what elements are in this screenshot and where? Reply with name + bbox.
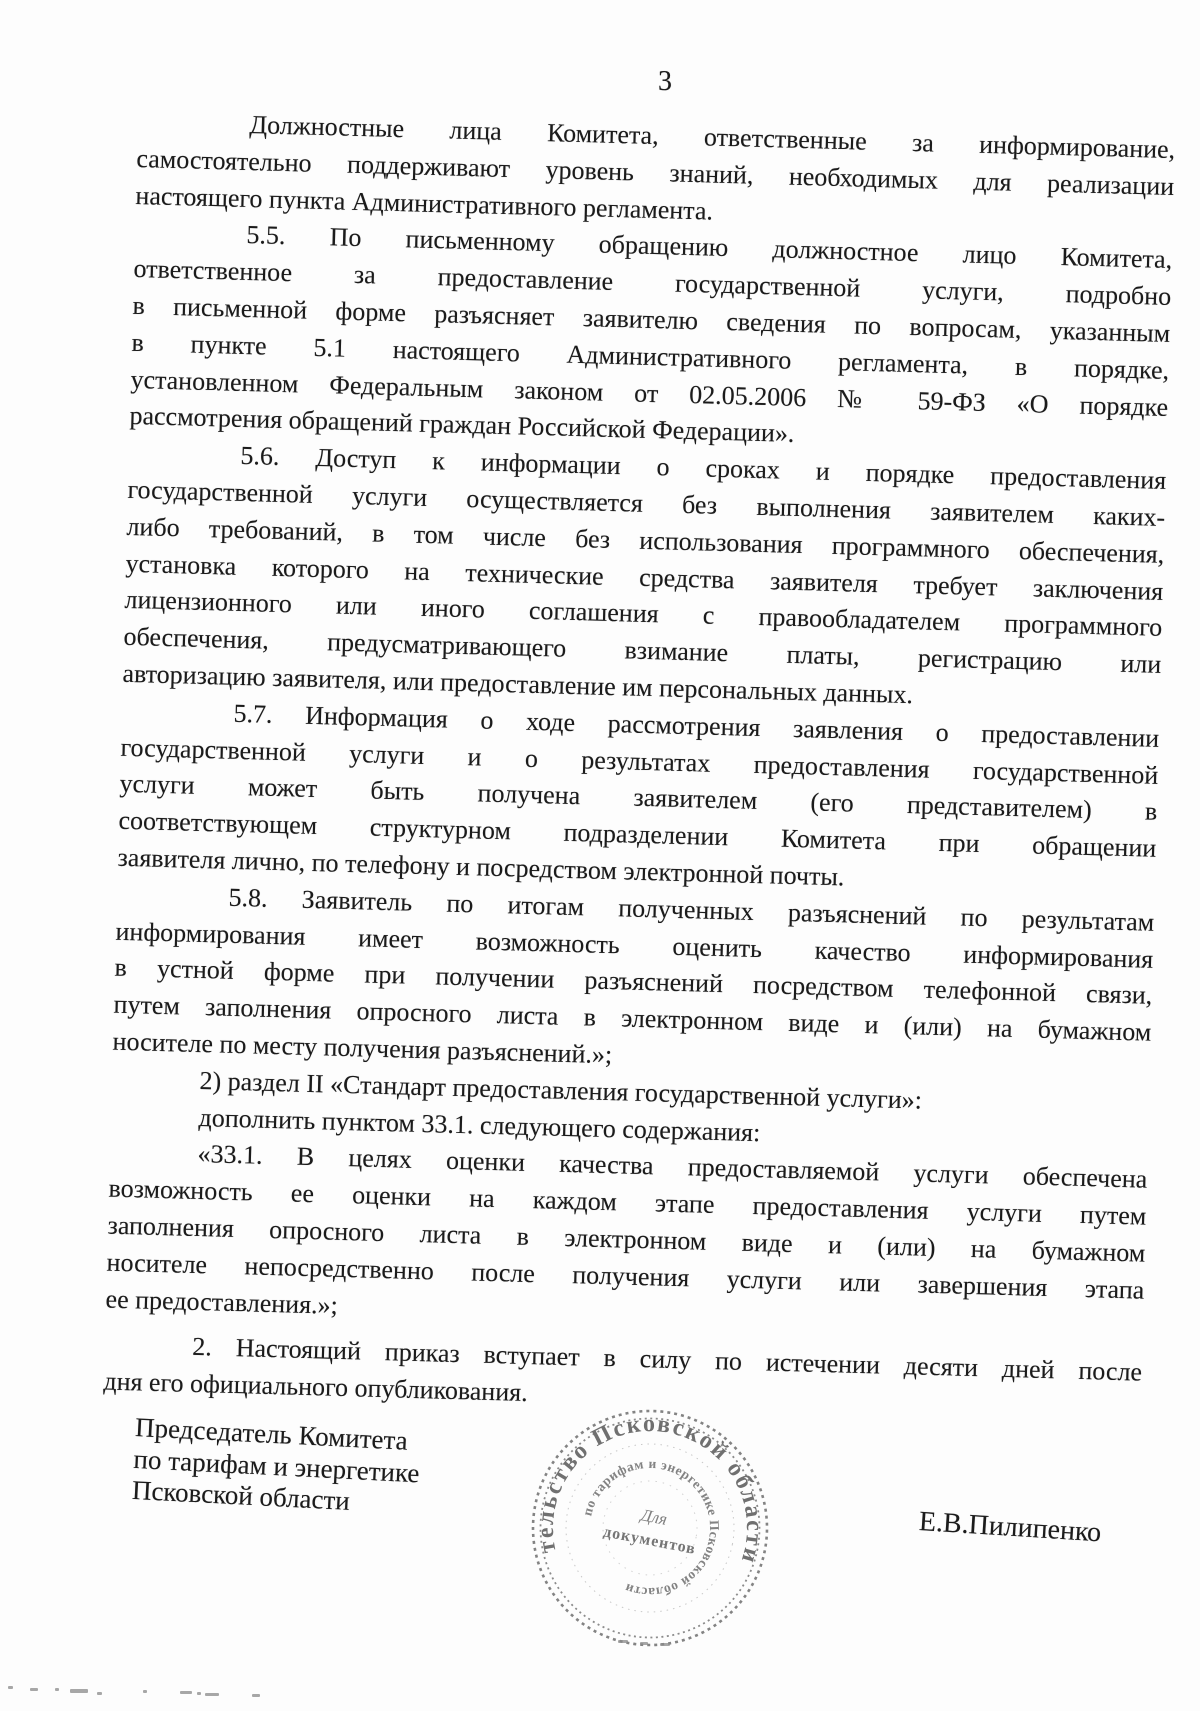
- document-text: Должностные лица Комитета, ответственные…: [103, 104, 1176, 1428]
- document-page: 3 Должностные лица Комитета, ответственн…: [0, 0, 1200, 1711]
- svg-text:тельство Псковской области: тельство Псковской области: [526, 1391, 788, 1598]
- page-number: 3: [658, 66, 672, 98]
- signature-block: Председатель Комитета по тарифам и энерг…: [131, 1412, 422, 1521]
- stamp-center-text-line2: документов: [602, 1523, 698, 1558]
- stamp-outer-ring-text: тельство Псковской области: [526, 1391, 788, 1598]
- official-stamp-icon: тельство Псковской области по тарифам и …: [500, 1378, 800, 1678]
- stamp-outer-ring-2: [522, 1400, 779, 1657]
- signatory-name: Е.В.Пилипенко: [918, 1506, 1102, 1549]
- stamp-center-text-line1: Для: [638, 1505, 669, 1529]
